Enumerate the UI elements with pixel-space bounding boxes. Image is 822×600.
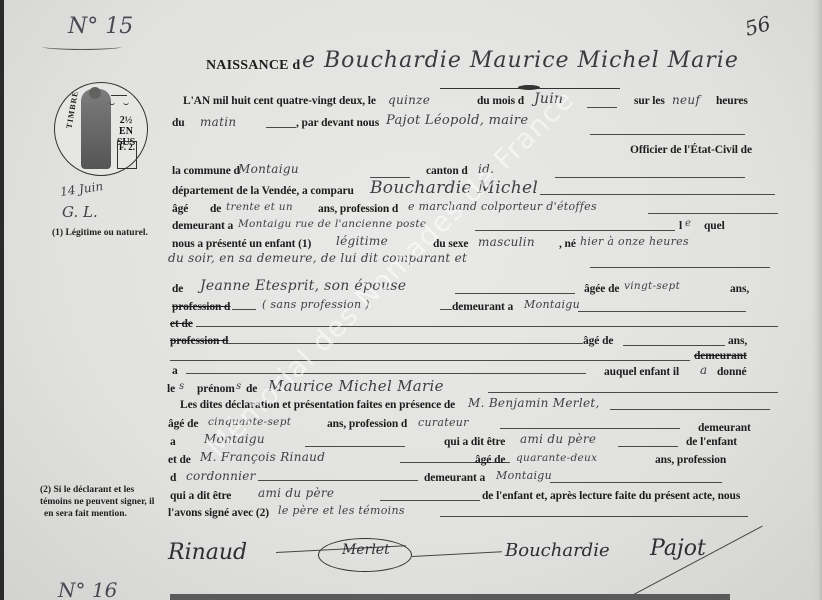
margin-initials: G. L. — [62, 203, 98, 221]
field-time-of-day: matin — [200, 115, 236, 129]
fill-line — [170, 360, 690, 361]
text-l18b: ans, profession d — [327, 418, 407, 430]
text-l23a: l'avons signé avec (2) — [168, 507, 269, 519]
field-sex: masculin — [478, 235, 535, 249]
text-l4b: canton d — [426, 165, 468, 177]
text-l14a: demeurant — [694, 350, 747, 362]
fill-line — [500, 428, 680, 429]
text-l7c: quel — [704, 220, 725, 232]
field-witness1-relation: ami du père — [520, 432, 596, 446]
text-l2a: du — [172, 117, 185, 129]
signature-rinaud: Rinaud — [168, 540, 247, 565]
text-l10c: ans, — [730, 283, 749, 295]
text-l21a: d — [170, 472, 176, 484]
text-l13a: profession d — [170, 335, 228, 347]
text-l18a: âgé de — [168, 418, 198, 430]
fill-line — [590, 134, 745, 135]
field-le-plural: s — [179, 381, 184, 392]
text-l13b: âgé de — [583, 335, 613, 347]
footnote-2-line1: (2) Si le déclarant et les — [40, 485, 134, 495]
text-l6c: ans, profession d — [318, 203, 398, 215]
field-mother-residence: Montaigu — [524, 298, 580, 311]
fill-line — [488, 392, 778, 393]
text-l16a: le — [167, 383, 175, 395]
folio-mark: 56 — [742, 11, 773, 41]
fill-line — [578, 311, 746, 312]
text-l16b: prénom — [197, 383, 235, 395]
text-l19a: a — [170, 436, 176, 448]
text-l18c: demeurant — [698, 422, 751, 434]
fill-line — [440, 309, 452, 310]
footnote-2-line3: en sera fait mention. — [44, 509, 127, 519]
text-l21b: demeurant a — [424, 472, 485, 484]
text-l22a: qui a dit être — [170, 490, 231, 502]
fill-line — [455, 293, 575, 294]
act-number-underline — [42, 43, 122, 50]
text-l8c: , né — [559, 238, 576, 250]
text-l12a: et de — [170, 318, 193, 330]
text-l3: Officier de l'État-Civil de — [630, 144, 752, 156]
text-l17: Les dites déclaration et présentation fa… — [180, 399, 455, 411]
stamp-price-bottom: F. 2. — [117, 141, 137, 169]
text-l20b: âgé de — [475, 454, 505, 466]
text-l20a: et de — [168, 454, 191, 466]
text-l15a: a — [172, 365, 178, 377]
field-born: hier à onze heures — [580, 235, 689, 248]
text-l6b: de — [210, 203, 221, 215]
act-number: N° 15 — [68, 14, 133, 39]
field-witness1-profession: curateur — [418, 416, 469, 429]
fill-line — [587, 107, 617, 108]
text-l5: département de la Vendée, a comparu — [172, 185, 354, 197]
fill-line — [380, 500, 480, 501]
fill-line — [618, 446, 678, 447]
signature-bouchardie: Bouchardie — [505, 540, 610, 561]
text-l1b: du mois d — [477, 95, 524, 107]
text-l15c: donné — [717, 366, 747, 378]
fill-line — [440, 516, 748, 517]
field-witness2-residence: Montaigu — [496, 469, 552, 482]
text-l13c: ans, — [728, 335, 747, 347]
text-l15b: auquel enfant il — [604, 366, 679, 378]
field-witness2-profession: cordonnier — [186, 469, 256, 483]
text-l1a: L'AN mil huit cent quatre-vingt deux, le — [183, 95, 376, 107]
fill-line — [232, 309, 256, 310]
fill-line — [623, 345, 725, 346]
fill-line — [590, 267, 770, 268]
page-edge-left — [0, 0, 4, 600]
field-signed-with: le père et les témoins — [278, 504, 405, 517]
fill-line — [228, 343, 583, 344]
fill-line — [555, 177, 745, 178]
field-mother-age: vingt-sept — [624, 280, 680, 292]
text-l8a: nous a présenté un enfant (1) — [172, 238, 311, 250]
title-ornament — [440, 88, 620, 89]
field-legitimacy: légitime — [336, 234, 388, 248]
justice-figure-icon — [81, 89, 111, 169]
child-name-heading: e Bouchardie Maurice Michel Marie — [302, 48, 739, 73]
fill-line — [475, 230, 675, 231]
fill-line — [648, 213, 778, 214]
stamp-price-top: 2½ EN SUS — [115, 115, 137, 137]
text-l10a: de — [172, 283, 183, 295]
field-hour: neuf — [672, 93, 700, 107]
text-l4a: la commune d — [172, 165, 240, 177]
signature-merlet: Merlet — [342, 542, 390, 558]
text-l20c: ans, profession — [655, 454, 726, 466]
text-l10b: âgée de — [584, 283, 619, 295]
footnote-2-line2: témoins ne peuvent signer, il — [40, 497, 154, 507]
text-l1c: sur les — [634, 95, 665, 107]
page-edge-right — [812, 0, 822, 600]
field-declarant-age: trente et un — [226, 201, 293, 213]
field-prenom-plural: s — [236, 381, 241, 392]
text-l1d: heures — [716, 95, 748, 107]
footnote-1: (1) Légitime ou naturel. — [52, 228, 148, 238]
text-l7b: l — [679, 220, 682, 232]
signature-pajot: Pajot — [650, 536, 706, 561]
text-l19c: de l'enfant — [686, 436, 737, 448]
fill-line — [258, 480, 418, 481]
fill-line — [266, 127, 296, 128]
field-declarant-residence: Montaigu rue de l'ancienne poste — [238, 218, 426, 230]
field-given-verb: a — [700, 363, 707, 377]
field-witness2-relation: ami du père — [258, 486, 334, 500]
field-witness2-age: quarante-deux — [516, 452, 597, 464]
text-l2b: , par devant nous — [296, 117, 379, 129]
fiscal-stamp: TIMBRE 2½ EN SUS F. 2. — [54, 82, 148, 176]
text-l11a: profession d — [172, 301, 230, 313]
fill-line — [305, 446, 405, 447]
field-officer: Pajot Léopold, maire — [386, 113, 528, 128]
margin-date-note: 14 Juin — [59, 179, 104, 199]
field-commune: Montaigu — [238, 162, 299, 176]
signature-flourish — [412, 551, 502, 557]
document-title: NAISSANCE d — [206, 58, 300, 74]
fill-line — [186, 373, 586, 374]
field-le-suffix: e — [685, 218, 691, 229]
fill-line — [196, 326, 778, 327]
fill-line — [550, 482, 722, 483]
scales-icon — [111, 95, 127, 110]
text-l19b: qui a dit être — [444, 436, 505, 448]
field-day: quinze — [388, 93, 430, 107]
text-l7a: demeurant a — [172, 220, 233, 232]
text-l11b: demeurant a — [452, 301, 513, 313]
civil-register-page: N° 15 56 NAISSANCE d e Bouchardie Mauric… — [0, 0, 822, 600]
text-l22b: de l'enfant et, après lecture faite du p… — [482, 490, 740, 502]
stamp-label: TIMBRE — [64, 90, 80, 129]
text-l6a: âgé — [172, 203, 188, 215]
next-act-rule — [170, 594, 730, 600]
fill-line — [540, 194, 775, 195]
next-act-number: N° 16 — [58, 578, 117, 600]
fill-line — [610, 409, 770, 410]
field-witness1: M. Benjamin Merlet, — [468, 396, 600, 410]
